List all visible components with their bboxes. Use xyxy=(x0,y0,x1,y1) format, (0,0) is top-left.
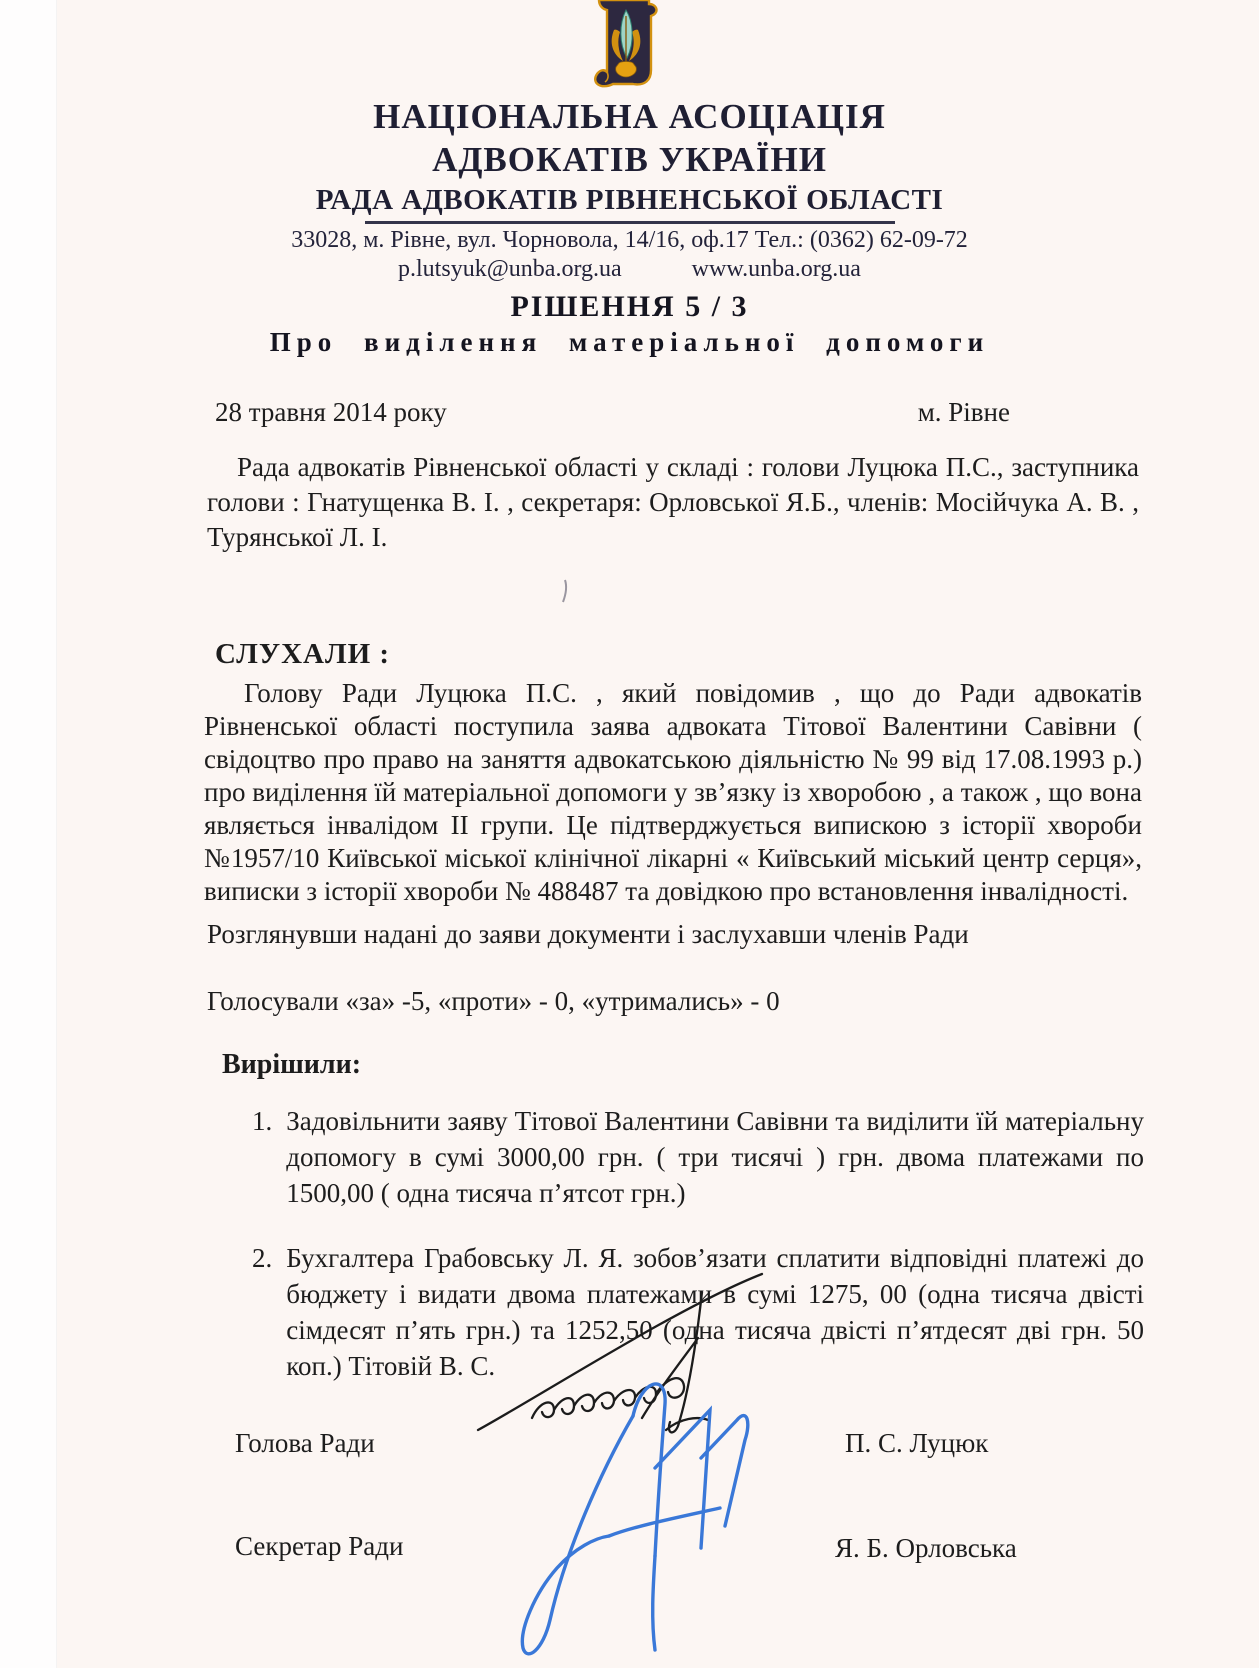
signature-role-chairman: Голова Ради xyxy=(235,1428,375,1459)
resolution-text: Задовільнити заяву Тітової Валентини Сав… xyxy=(286,1103,1144,1211)
document-place: м. Рівне xyxy=(918,397,1010,428)
decision-number-title: РІШЕННЯ 5 / 3 xyxy=(0,290,1259,324)
org-name-line1: НАЦІОНАЛЬНА АСОЦІАЦІЯ xyxy=(0,97,1259,137)
date-place-row: 28 травня 2014 року м. Рівне xyxy=(215,397,1010,428)
resolutions-list: 1. Задовільнити заяву Тітової Валентини … xyxy=(252,1103,1144,1413)
scan-smudge-artifact xyxy=(558,578,572,604)
signature-role-secretary: Секретар Ради xyxy=(235,1531,403,1562)
resolution-number: 2. xyxy=(252,1240,272,1384)
heard-paragraph: Голову Ради Луцюка П.С. , який повідомив… xyxy=(204,677,1142,908)
council-composition-paragraph: Рада адвокатів Рівненської області у скл… xyxy=(207,450,1139,555)
resolution-item: 2. Бухгалтера Грабовську Л. Я. зобов’яза… xyxy=(252,1240,1144,1384)
document-page: НАЦІОНАЛЬНА АСОЦІАЦІЯ АДВОКАТІВ УКРАЇНИ … xyxy=(0,0,1259,1668)
org-name-line2: АДВОКАТІВ УКРАЇНИ xyxy=(0,140,1259,180)
signature-name-secretary: Я. Б. Орловська xyxy=(835,1533,1017,1564)
address-line: 33028, м. Рівне, вул. Чорновола, 14/16, … xyxy=(0,227,1259,254)
voting-results-line: Голосували «за» -5, «проти» - 0, «утрима… xyxy=(207,986,780,1017)
signature-name-chairman: П. С. Луцюк xyxy=(845,1428,988,1459)
org-name-line3: РАДА АДВОКАТІВ РІВНЕНСЬКОЇ ОБЛАСТІ xyxy=(0,184,1259,217)
resolution-text: Бухгалтера Грабовську Л. Я. зобов’язати … xyxy=(286,1240,1144,1384)
contact-website: www.unba.org.ua xyxy=(692,256,861,283)
decision-subject-title: Про виділення матеріальної допомоги xyxy=(0,327,1259,358)
considered-line: Розглянувши надані до заяви документи і … xyxy=(207,919,969,950)
contact-email: p.lutsyuk@unba.org.ua xyxy=(398,256,622,283)
resolved-label: Вирішили: xyxy=(222,1049,361,1081)
scroll-quill-trident-icon xyxy=(586,0,666,98)
contacts-line: p.lutsyuk@unba.org.ua www.unba.org.ua xyxy=(0,256,1259,283)
resolution-number: 1. xyxy=(252,1103,272,1211)
heard-label: СЛУХАЛИ : xyxy=(215,638,390,671)
header-divider xyxy=(365,221,895,224)
document-date: 28 травня 2014 року xyxy=(215,397,447,428)
resolution-item: 1. Задовільнити заяву Тітової Валентини … xyxy=(252,1103,1144,1211)
